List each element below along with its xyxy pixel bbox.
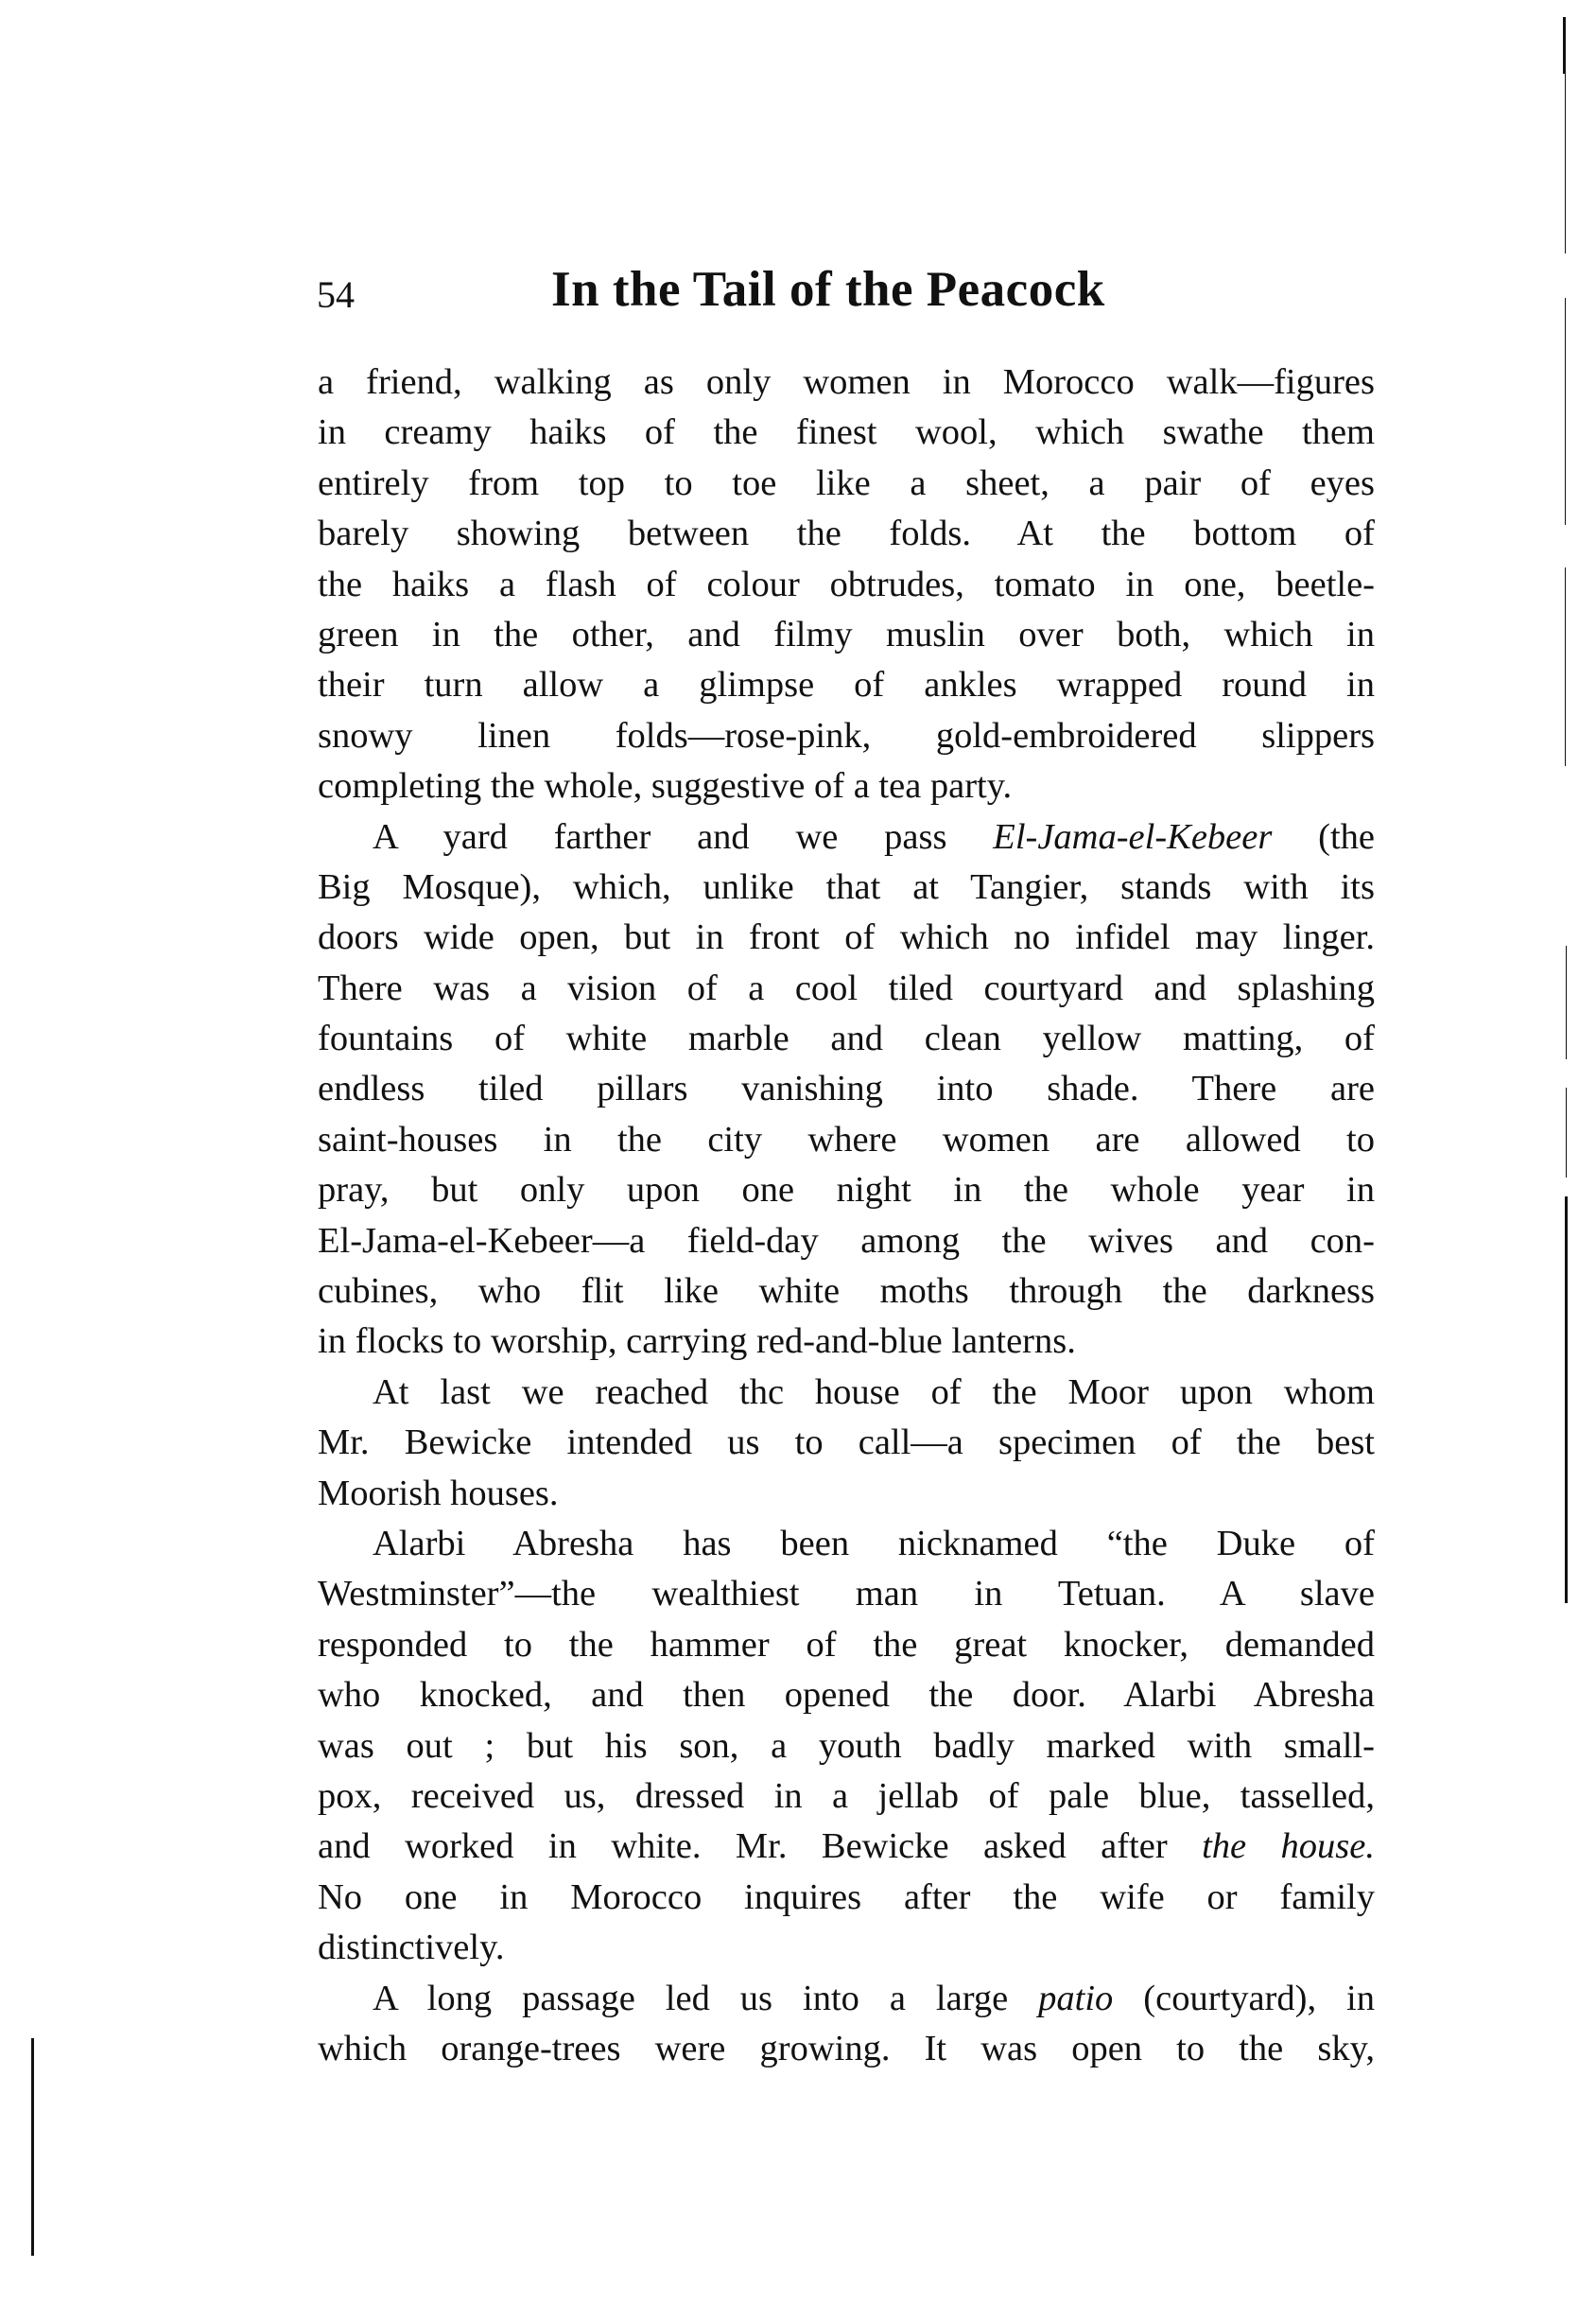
italic-text: the house. (1202, 1826, 1375, 1866)
text-run: who knocked, and then opened the door. A… (318, 1675, 1375, 1715)
text-run: fountains of white marble and clean yell… (318, 1019, 1375, 1058)
scan-edge-right-top (1563, 17, 1566, 74)
text-line-content: endless tiled pillars vanishing into sha… (318, 1064, 1375, 1114)
text-line-content: entirely from top to toe like a sheet, a… (318, 459, 1375, 509)
text-line-content: responded to the hammer of the great kno… (318, 1620, 1375, 1670)
text-line-content: Moorish houses. (318, 1469, 1375, 1519)
text-line-content: and worked in white. Mr. Bewicke asked a… (318, 1822, 1375, 1872)
text-line-content: which orange-trees were growing. It was … (318, 2024, 1375, 2074)
text-line-content: the haiks a flash of colour obtrudes, to… (318, 560, 1375, 610)
scan-edge-right-mid3 (1566, 946, 1567, 1059)
text-line: who knocked, and then opened the door. A… (318, 1670, 1375, 1720)
text-run: responded to the hammer of the great kno… (318, 1625, 1375, 1665)
text-line: Mr. Bewicke intended us to call—a specim… (318, 1418, 1375, 1468)
text-line-content: was out ; but his son, a youth badly mar… (318, 1721, 1375, 1771)
running-head: In the Tail of the Peacock (551, 261, 1105, 318)
text-line: There was a vision of a cool tiled court… (318, 964, 1375, 1014)
text-line-content: Alarbi Abresha has been nicknamed “the D… (373, 1519, 1375, 1569)
text-line-content: saint-houses in the city where women are… (318, 1115, 1375, 1165)
text-line: El-Jama-el-Kebeer—a field-day among the … (318, 1216, 1375, 1266)
text-line-content: barely showing between the folds. At the… (318, 509, 1375, 559)
scan-edge-right-upper (1565, 74, 1566, 253)
text-line-content: in flocks to worship, carrying red-and-b… (318, 1317, 1375, 1367)
text-line: doors wide open, but in front of which n… (318, 913, 1375, 963)
text-run: Moorish houses. (318, 1474, 559, 1513)
text-line: which orange-trees were growing. It was … (318, 2024, 1375, 2074)
text-line: and worked in white. Mr. Bewicke asked a… (318, 1822, 1375, 1872)
text-line-content: a friend, walking as only women in Moroc… (318, 358, 1375, 408)
text-line: distinctively. (318, 1923, 1375, 1973)
text-line: completing the whole, suggestive of a te… (318, 761, 1375, 811)
text-line: Big Mosque), which, unlike that at Tangi… (318, 863, 1375, 913)
text-line: in creamy haiks of the finest wool, whic… (318, 408, 1375, 458)
text-line: saint-houses in the city where women are… (318, 1115, 1375, 1165)
text-line: Westminster”—the wealthiest man in Tetua… (318, 1569, 1375, 1619)
text-line: a friend, walking as only women in Moroc… (318, 358, 1375, 408)
text-line-content: A long passage led us into a large patio… (373, 1974, 1375, 2024)
text-line: fountains of white marble and clean yell… (318, 1014, 1375, 1064)
text-line-content: At last we reached thc house of the Moor… (373, 1368, 1375, 1418)
scan-edge-right-lower (1566, 1088, 1567, 1178)
text-line-content: their turn allow a glimpse of ankles wra… (318, 660, 1375, 710)
text-run: and worked in white. Mr. Bewicke asked a… (318, 1826, 1202, 1866)
text-line: pray, but only upon one night in the who… (318, 1165, 1375, 1215)
text-line-content: fountains of white marble and clean yell… (318, 1014, 1375, 1064)
text-run: Mr. Bewicke intended us to call—a specim… (318, 1422, 1375, 1462)
scan-edge-left-bottom (31, 2038, 34, 2256)
text-line: responded to the hammer of the great kno… (318, 1620, 1375, 1670)
text-run: green in the other, and filmy muslin ove… (318, 615, 1375, 654)
text-line-content: cubines, who flit like white moths throu… (318, 1266, 1375, 1317)
text-run: Alarbi Abresha has been nicknamed “the D… (373, 1524, 1375, 1563)
text-line-content: No one in Morocco inquires after the wif… (318, 1873, 1375, 1923)
text-line: green in the other, and filmy muslin ove… (318, 610, 1375, 660)
body-text: a friend, walking as only women in Moroc… (318, 358, 1375, 2074)
text-line-content: pray, but only upon one night in the who… (318, 1165, 1375, 1215)
text-line: pox, received us, dressed in a jellab of… (318, 1771, 1375, 1822)
page-number: 54 (317, 272, 355, 318)
text-line-content: who knocked, and then opened the door. A… (318, 1670, 1375, 1720)
text-run: A yard farther and we pass (373, 817, 993, 857)
text-run: the haiks a flash of colour obtrudes, to… (318, 565, 1375, 604)
text-line-content: completing the whole, suggestive of a te… (318, 761, 1375, 811)
text-line-content: Westminster”—the wealthiest man in Tetua… (318, 1569, 1375, 1619)
text-run: barely showing between the folds. At the… (318, 514, 1375, 553)
text-line-content: El-Jama-el-Kebeer—a field-day among the … (318, 1216, 1375, 1266)
text-run: saint-houses in the city where women are… (318, 1120, 1375, 1160)
text-line: in flocks to worship, carrying red-and-b… (318, 1317, 1375, 1367)
text-run: pox, received us, dressed in a jellab of… (318, 1776, 1375, 1816)
text-line: barely showing between the folds. At the… (318, 509, 1375, 559)
text-run: in flocks to worship, carrying red-and-b… (318, 1321, 1076, 1361)
text-line-content: A yard farther and we pass El-Jama-el-Ke… (373, 812, 1375, 863)
text-line: No one in Morocco inquires after the wif… (318, 1873, 1375, 1923)
text-line: entirely from top to toe like a sheet, a… (318, 459, 1375, 509)
text-line: was out ; but his son, a youth badly mar… (318, 1721, 1375, 1771)
italic-text: patio (1038, 1979, 1113, 2018)
text-line: snowy linen folds—rose-pink, gold-embroi… (318, 711, 1375, 761)
text-run: endless tiled pillars vanishing into sha… (318, 1069, 1375, 1108)
scan-edge-right-mid (1565, 298, 1566, 525)
scan-edge-right-thick (1565, 1196, 1568, 1603)
scan-edge-right-mid2 (1565, 567, 1566, 766)
text-line: cubines, who flit like white moths throu… (318, 1266, 1375, 1317)
text-line: A yard farther and we pass El-Jama-el-Ke… (318, 812, 1375, 863)
text-run: pray, but only upon one night in the who… (318, 1170, 1375, 1210)
text-run: Westminster”—the wealthiest man in Tetua… (318, 1574, 1375, 1614)
text-run: There was a vision of a cool tiled court… (318, 968, 1375, 1008)
text-run: was out ; but his son, a youth badly mar… (318, 1726, 1375, 1766)
text-line-content: Big Mosque), which, unlike that at Tangi… (318, 863, 1375, 913)
text-run: their turn allow a glimpse of ankles wra… (318, 665, 1375, 705)
text-run: cubines, who flit like white moths throu… (318, 1271, 1375, 1311)
text-run: distinctively. (318, 1928, 504, 1967)
text-line: endless tiled pillars vanishing into sha… (318, 1064, 1375, 1114)
text-run: entirely from top to toe like a sheet, a… (318, 463, 1375, 503)
text-run: which orange-trees were growing. It was … (318, 2029, 1375, 2068)
text-run: At last we reached thc house of the Moor… (373, 1372, 1375, 1412)
text-line: the haiks a flash of colour obtrudes, to… (318, 560, 1375, 610)
text-run: (the (1272, 817, 1375, 857)
text-line-content: in creamy haiks of the finest wool, whic… (318, 408, 1375, 458)
text-run: snowy linen folds—rose-pink, gold-embroi… (318, 716, 1375, 756)
text-line-content: snowy linen folds—rose-pink, gold-embroi… (318, 711, 1375, 761)
italic-text: El-Jama-el-Kebeer (993, 817, 1272, 857)
text-run: in creamy haiks of the finest wool, whic… (318, 412, 1375, 452)
text-run: El-Jama-el-Kebeer—a field-day among the … (318, 1221, 1375, 1261)
text-line: their turn allow a glimpse of ankles wra… (318, 660, 1375, 710)
text-run: a friend, walking as only women in Moroc… (318, 362, 1375, 402)
text-run: A long passage led us into a large (373, 1979, 1038, 2018)
text-run: (courtyard), in (1113, 1979, 1375, 2018)
text-line: At last we reached thc house of the Moor… (318, 1368, 1375, 1418)
text-line-content: There was a vision of a cool tiled court… (318, 964, 1375, 1014)
text-line-content: doors wide open, but in front of which n… (318, 913, 1375, 963)
text-line-content: pox, received us, dressed in a jellab of… (318, 1771, 1375, 1822)
text-run: No one in Morocco inquires after the wif… (318, 1877, 1375, 1917)
text-line: Alarbi Abresha has been nicknamed “the D… (318, 1519, 1375, 1569)
text-run: doors wide open, but in front of which n… (318, 917, 1375, 957)
text-run: completing the whole, suggestive of a te… (318, 766, 1012, 806)
text-line: A long passage led us into a large patio… (318, 1974, 1375, 2024)
text-line: Moorish houses. (318, 1469, 1375, 1519)
text-line-content: green in the other, and filmy muslin ove… (318, 610, 1375, 660)
text-line-content: distinctively. (318, 1923, 1375, 1973)
text-line-content: Mr. Bewicke intended us to call—a specim… (318, 1418, 1375, 1468)
text-run: Big Mosque), which, unlike that at Tangi… (318, 867, 1375, 907)
